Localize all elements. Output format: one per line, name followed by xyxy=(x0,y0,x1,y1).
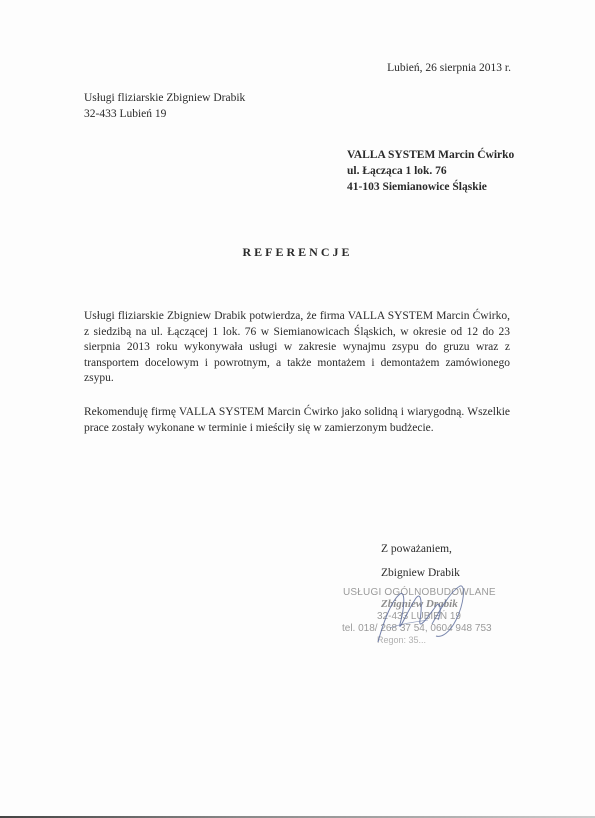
sender-name: Usługi fliziarskie Zbigniew Drabik xyxy=(84,90,245,106)
signer-name: Zbigniew Drabik xyxy=(381,567,460,579)
body-paragraph-2: Rekomenduję firmę VALLA SYSTEM Marcin Ćw… xyxy=(84,405,510,436)
recipient-block: VALLA SYSTEM Marcin Ćwirko ul. Łącząca 1… xyxy=(347,147,514,195)
sender-block: Usługi fliziarskie Zbigniew Drabik 32-43… xyxy=(84,90,245,122)
closing-salutation: Z poważaniem, xyxy=(381,543,452,555)
handwritten-signature xyxy=(370,580,490,650)
recipient-city: 41-103 Siemianowice Śląskie xyxy=(347,179,514,195)
recipient-name: VALLA SYSTEM Marcin Ćwirko xyxy=(347,147,514,163)
body-paragraph-1: Usługi fliziarskie Zbigniew Drabik potwi… xyxy=(84,309,510,387)
document-title: REFERENCJE xyxy=(0,245,595,260)
recipient-street: ul. Łącząca 1 lok. 76 xyxy=(347,163,514,179)
letter-date: Lubień, 26 sierpnia 2013 r. xyxy=(387,62,511,74)
sender-address: 32-433 Lubień 19 xyxy=(84,106,245,122)
